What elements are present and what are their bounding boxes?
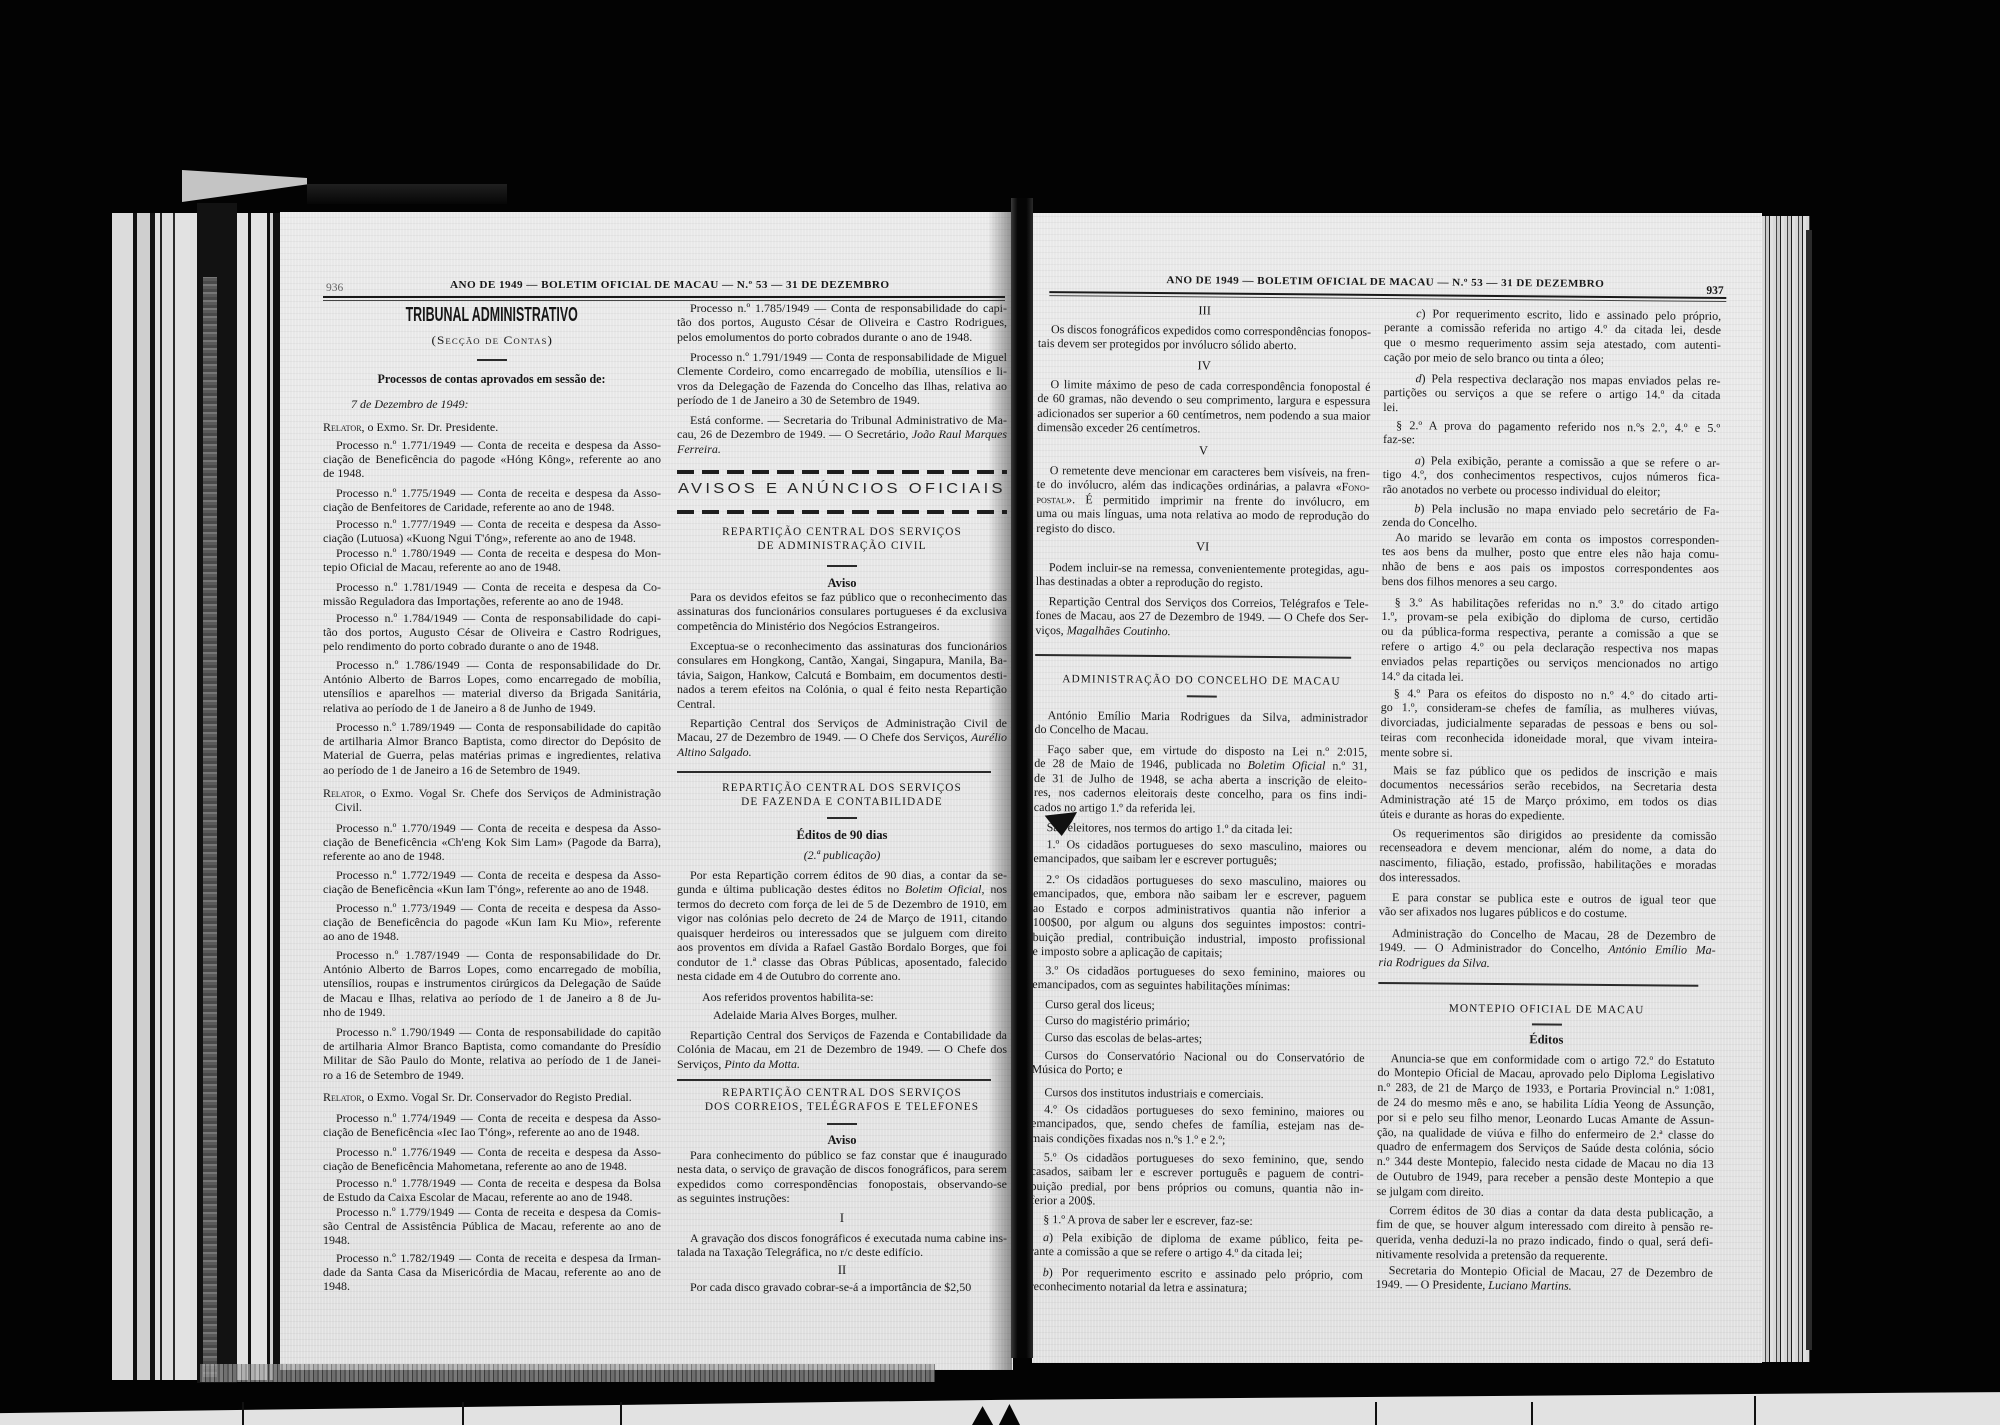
- lettered-paragraph: a) Pela exibição, perante a comissão a q…: [1383, 453, 1720, 500]
- paragraph: § 2.º A prova do pagamento referido nos …: [1383, 418, 1720, 451]
- paragraph: Faço saber que, em virtude do disposto n…: [1034, 742, 1368, 817]
- article-numeral-text: V: [1199, 443, 1208, 457]
- text-line: emancipados, que saibam ler e escrever p…: [1033, 851, 1366, 868]
- paragraph: O limite máximo de peso de cada correspo…: [1037, 377, 1370, 438]
- paragraph: a) Pela exibição de diploma de exame púb…: [1030, 1230, 1363, 1262]
- page-stack-edge-right: [1762, 216, 1810, 1362]
- italic-text: Magalhães Coutinho.: [1067, 623, 1171, 638]
- article-numeral: IV: [1038, 357, 1371, 374]
- text-line: 1949. — O Presidente, Luciano Martins.: [1376, 1277, 1713, 1295]
- paragraph: Cursos do Conservatório Nacional ou do C…: [1031, 1048, 1364, 1080]
- paragraph: Administração do Concelho de Macau, 28 d…: [1378, 926, 1715, 973]
- paragraph: Os discos fonográficos expedidos como co…: [1038, 322, 1371, 354]
- text-line: rão anotados no verbete ou processo indi…: [1383, 482, 1720, 500]
- short-rule: [1531, 1024, 1561, 1026]
- small-caps-text: postal»: [1036, 492, 1072, 506]
- column-divider: [1378, 982, 1698, 986]
- lettered-paragraph: c) Por requerimento escrito, lido e assi…: [1384, 306, 1722, 368]
- text-line: Curso geral dos liceus;: [1032, 997, 1365, 1014]
- gutter-shadow: [988, 212, 1012, 1370]
- text-line: lei.: [1383, 400, 1720, 418]
- text-line: cação por meio de selo branco ou tinta a…: [1384, 350, 1721, 368]
- article-numeral-text: VI: [1196, 539, 1209, 553]
- paragraph: António Emílio Maria Rodrigues da Silva,…: [1034, 708, 1367, 740]
- text-line: Música do Porto; e: [1031, 1062, 1364, 1079]
- page-gutter: [1011, 198, 1033, 1358]
- text-line: MONTEPIO OFICIAL DE MACAU: [1378, 1001, 1715, 1019]
- lettered-paragraph: b) Pela inclusão no mapa enviado pelo se…: [1382, 501, 1719, 534]
- text-line: rante a comissão a que se refere o artig…: [1030, 1244, 1363, 1261]
- page-stack-edge-right: [1806, 230, 1812, 1350]
- paragraph: E para constar se publica este e outros …: [1379, 890, 1716, 923]
- text-line: partições ou serviços a que se refere o …: [1383, 385, 1720, 403]
- paragraph: 5.º Os cidadãos portugueses do sexo femi…: [1030, 1150, 1363, 1211]
- text-run: ) Por requerimento escrito, lido e assin…: [1421, 306, 1721, 323]
- paragraph: Curso do magistério primário;: [1032, 1013, 1365, 1030]
- section-heading: Éditos: [1378, 1031, 1715, 1049]
- text-line: ferior a 200$.: [1030, 1193, 1363, 1210]
- paragraph: Correm éditos de 30 dias a contar da dat…: [1376, 1203, 1714, 1265]
- small-caps-text: «Fono-: [1336, 480, 1370, 494]
- text-line: reconhecimento notarial da letra e assin…: [1030, 1279, 1363, 1296]
- paragraph: 1.º Os cidadãos portugueses do sexo masc…: [1033, 837, 1366, 869]
- paragraph: Ao marido se levarão em conta os imposto…: [1382, 530, 1720, 592]
- text-line: faz-se:: [1383, 432, 1720, 450]
- paragraph: § 1.º A prova de saber ler e escrever, f…: [1030, 1212, 1363, 1229]
- paragraph: Cursos dos institutos industriais e come…: [1031, 1085, 1364, 1102]
- paragraph: 3.º Os cidadãos portugueses do sexo femi…: [1032, 963, 1365, 995]
- paragraph: Anuncia-se que em conformidade com o art…: [1376, 1051, 1714, 1202]
- short-rule: [1186, 696, 1216, 698]
- column-3: IIIOs discos fonográficos expedidos como…: [1028, 0, 1373, 1425]
- text-line: bens dos filhos menores a seu cargo.: [1382, 574, 1719, 592]
- italic-text: António Emílio Ma-: [1608, 942, 1715, 957]
- paragraph: b) Por requerimento escrito e assinado p…: [1030, 1265, 1363, 1297]
- article-numeral: VI: [1036, 538, 1369, 555]
- paragraph: O remetente deve mencionar em caracteres…: [1036, 463, 1370, 538]
- text-line: úteis e durante as horas do expediente.: [1380, 807, 1717, 825]
- text-line: mente sobre si.: [1380, 745, 1717, 763]
- text-line: viços, Magalhães Coutinho.: [1035, 623, 1368, 640]
- column-4: c) Por requerimento escrito, lido e assi…: [1374, 0, 1723, 1425]
- text-line: cados no artigo 1.º da referida lei.: [1034, 800, 1367, 817]
- paragraph: Podem incluir-se na remessa, conveniente…: [1036, 560, 1369, 592]
- text-run: de 28 de Maio de 1946, publicada no: [1034, 756, 1248, 772]
- text-line: do Concelho de Macau.: [1034, 722, 1367, 739]
- text-line: vão ser afixados nos lugares públicos e …: [1379, 904, 1716, 922]
- text-line: ria Rodrigues da Silva.: [1378, 955, 1715, 973]
- italic-text: Boletim Oficial: [1248, 758, 1326, 773]
- column-divider: [1035, 654, 1351, 658]
- paragraph: § 4.º Para os efeitos do disposto no n.º…: [1380, 686, 1718, 763]
- italic-text: ria Rodrigues da Silva.: [1378, 955, 1489, 970]
- article-numeral: V: [1037, 442, 1370, 459]
- text-run: ) Pela respectiva declaração nos mapas e…: [1422, 371, 1721, 388]
- paragraph: Secretaria do Montepio Oficial de Macau,…: [1376, 1263, 1713, 1296]
- text-line: dimensão exceder 26 centímetros.: [1037, 420, 1370, 437]
- paragraph: 2.º Os cidadãos portugueses do sexo masc…: [1033, 872, 1367, 962]
- department-heading: ADMINISTRAÇÃO DO CONCELHO DE MACAU: [1035, 672, 1368, 689]
- paragraph: Os requerimentos são dirigidos ao presid…: [1379, 826, 1717, 888]
- section-heading-text: Éditos: [1529, 1032, 1563, 1047]
- text-line: Curso do magistério primário;: [1032, 1013, 1365, 1030]
- text-line: ADMINISTRAÇÃO DO CONCELHO DE MACAU: [1035, 672, 1368, 689]
- paragraph: Repartição Central dos Serviços dos Corr…: [1035, 594, 1368, 640]
- italic-text: Luciano Martins.: [1488, 1278, 1571, 1293]
- text-line: registo do disco.: [1036, 521, 1369, 538]
- text-line: Cursos dos institutos industriais e come…: [1031, 1085, 1364, 1102]
- text-line: se julgam com direito.: [1376, 1184, 1713, 1202]
- article-numeral-text: IV: [1198, 358, 1211, 372]
- text-run: ) Pela inclusão no mapa enviado pelo sec…: [1420, 501, 1719, 518]
- article-numeral: III: [1038, 302, 1371, 319]
- text-run: 1949. — O Administrador do Concelho,: [1379, 940, 1609, 956]
- text-line: São eleitores, nos termos do artigo 1.º …: [1034, 820, 1367, 837]
- text-line: mais condições fixadas nos n.ºs 1.º e 2.…: [1031, 1131, 1364, 1148]
- text-line: 14.º da citada lei.: [1381, 669, 1718, 687]
- paragraph: São eleitores, nos termos do artigo 1.º …: [1034, 820, 1367, 837]
- paragraph: § 3.º As habilitações referidas no n.º 3…: [1381, 595, 1719, 687]
- paragraph: Curso das escolas de belas-artes;: [1032, 1030, 1365, 1047]
- text-run: n.º 31,: [1325, 759, 1367, 773]
- text-run: ) Pela exibição, perante a comissão a qu…: [1421, 453, 1720, 470]
- text-run: 1949. — O Presidente,: [1376, 1277, 1489, 1292]
- paragraph: Mais se faz público que os pedidos de in…: [1380, 763, 1718, 825]
- text-line: lhas destinadas a obter a reprodução do …: [1036, 574, 1369, 591]
- text-line: dos interessados.: [1379, 870, 1716, 888]
- lettered-paragraph: d) Pela respectiva declaração nos mapas …: [1383, 371, 1720, 418]
- text-line: emancipados, com as seguintes habilitaçõ…: [1032, 977, 1365, 994]
- text-line: § 1.º A prova de saber ler e escrever, f…: [1030, 1212, 1363, 1229]
- paragraph: 4.º Os cidadãos portugueses do sexo femi…: [1031, 1102, 1364, 1148]
- department-heading: MONTEPIO OFICIAL DE MACAU: [1378, 1001, 1715, 1019]
- text-line: tais devem ser protegidos por invólucro …: [1038, 336, 1371, 353]
- paragraph: Curso geral dos liceus;: [1032, 997, 1365, 1014]
- text-run: viços,: [1035, 623, 1066, 637]
- text-line: e imposto sobre a aplicação de capitais;: [1033, 944, 1366, 961]
- text-line: Curso das escolas de belas-artes;: [1032, 1030, 1365, 1047]
- article-numeral-text: III: [1198, 303, 1211, 317]
